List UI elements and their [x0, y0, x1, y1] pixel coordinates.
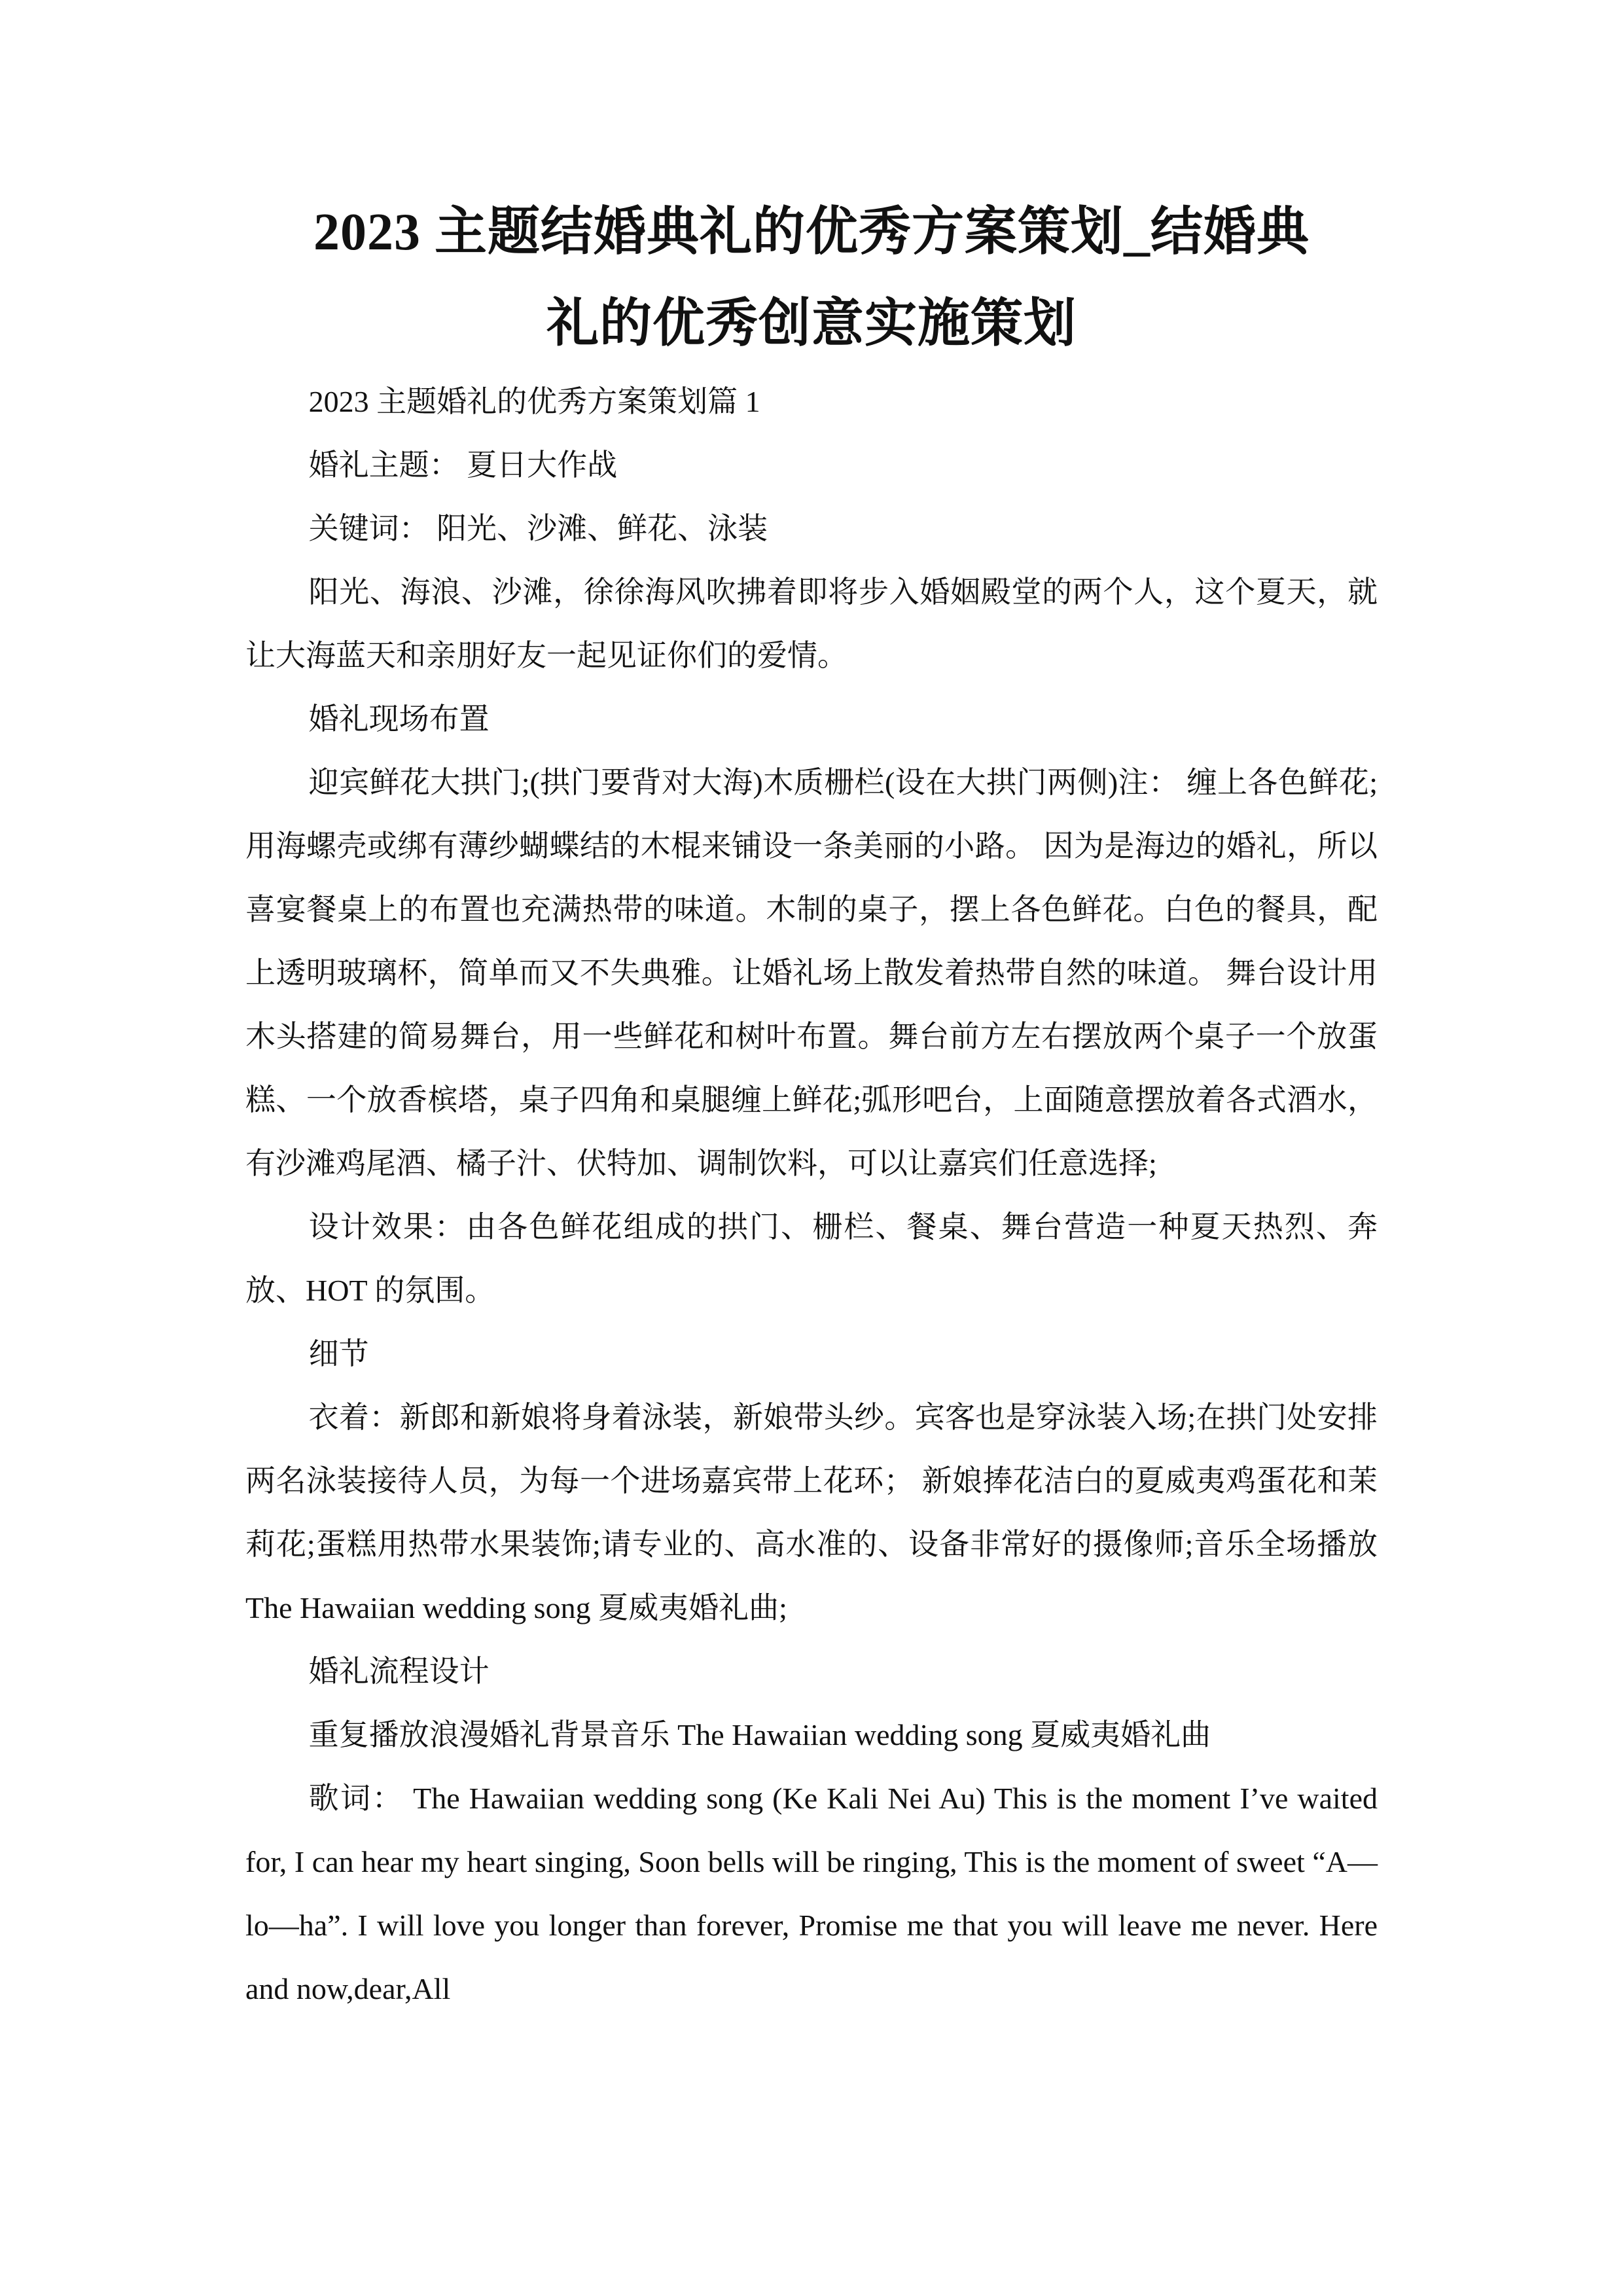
- para-background-music: 重复播放浪漫婚礼背景音乐 The Hawaiian wedding song 夏…: [245, 1703, 1378, 1767]
- para-design-effect: 设计效果：由各色鲜花组成的拱门、栅栏、餐桌、舞台营造一种夏天热烈、奔放、HOT …: [245, 1195, 1378, 1322]
- para-section-details: 细节: [245, 1322, 1378, 1386]
- para-intro: 阳光、海浪、沙滩，徐徐海风吹拂着即将步入婚姻殿堂的两个人，这个夏天，就让大海蓝天…: [245, 560, 1378, 687]
- para-keywords: 关键词： 阳光、沙滩、鲜花、泳装: [245, 497, 1378, 560]
- para-lyrics: 歌词： The Hawaiian wedding song (Ke Kali N…: [245, 1767, 1378, 2020]
- para-details-clothing: 衣着：新郎和新娘将身着泳装，新娘带头纱。宾客也是穿泳装入场;在拱门处安排两名泳装…: [245, 1386, 1378, 1640]
- document-title-line-2: 礼的优秀创意实施策划: [546, 295, 1077, 353]
- para-wedding-theme: 婚礼主题： 夏日大作战: [245, 433, 1378, 497]
- document-page: 2023 主题结婚典礼的优秀方案策划_结婚典 礼的优秀创意实施策划 2023 主…: [0, 0, 1623, 2296]
- para-series-heading: 2023 主题婚礼的优秀方案策划篇 1: [245, 370, 1378, 433]
- para-section-process-design: 婚礼流程设计: [245, 1640, 1378, 1703]
- document-content: 2023 主题结婚典礼的优秀方案策划_结婚典 礼的优秀创意实施策划 2023 主…: [0, 0, 1623, 2020]
- para-section-venue-setup: 婚礼现场布置: [245, 687, 1378, 751]
- document-title-line-1: 2023 主题结婚典礼的优秀方案策划_结婚典: [313, 204, 1310, 261]
- para-venue-details: 迎宾鲜花大拱门;(拱门要背对大海)木质栅栏(设在大拱门两侧)注： 缠上各色鲜花;…: [245, 751, 1378, 1195]
- document-title: 2023 主题结婚典礼的优秀方案策划_结婚典 礼的优秀创意实施策划: [245, 187, 1378, 370]
